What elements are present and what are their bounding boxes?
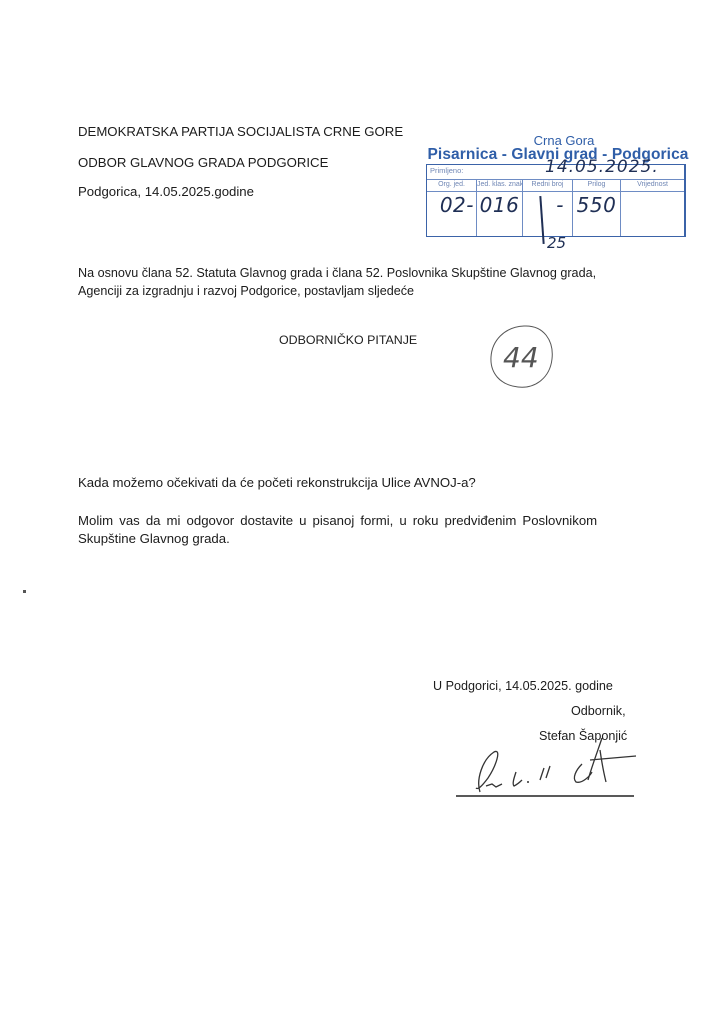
stamp-received-date: 14.05.2025. xyxy=(545,157,659,177)
signature-icon xyxy=(452,730,642,800)
stamp-col-header: Jed. klas. znak xyxy=(477,179,522,192)
committee-name: ODBOR GLAVNOG GRADA PODGORICE xyxy=(78,155,328,171)
stamp-columns: Org. jed. 02- Jed. klas. znak 016 Redni … xyxy=(427,179,684,236)
handwritten-signature xyxy=(452,730,642,800)
intro-line-1: Na osnovu člana 52. Statuta Glavnog grad… xyxy=(78,265,596,281)
stamp-col-header: Prilog xyxy=(573,179,620,192)
organization-name: DEMOKRATSKA PARTIJA SOCIJALISTA CRNE GOR… xyxy=(78,124,403,140)
stamp-table: Primljeno: 14.05.2025. Org. jed. 02- Jed… xyxy=(426,164,686,237)
stamp-col-header: Org. jed. xyxy=(427,179,476,192)
intro-line-2: Agenciji za izgradnju i razvoj Podgorice… xyxy=(78,283,414,299)
stamp-received-row: Primljeno: 14.05.2025. xyxy=(427,165,684,180)
stamp-col-value-field: Vrijednost xyxy=(621,179,684,236)
stamp-col-value: - xyxy=(523,193,572,217)
registry-stamp: Crna Gora Pisarnica - Glavni grad - Podg… xyxy=(424,134,690,244)
stamp-col-header: Redni broj xyxy=(523,179,572,192)
stamp-col-org: Org. jed. 02- xyxy=(427,179,477,236)
stamp-received-label: Primljeno: xyxy=(430,166,463,175)
question-text: Kada možemo očekivati da će početi rekon… xyxy=(78,475,476,491)
request-line-2: Skupštine Glavnog grada. xyxy=(78,531,230,547)
svg-text:44: 44 xyxy=(503,341,539,374)
stamp-col-number: Redni broj - xyxy=(523,179,573,236)
document-title: ODBORNIČKO PITANJE xyxy=(279,332,417,348)
stamp-col-value: 02- xyxy=(427,193,476,217)
document-page: DEMOKRATSKA PARTIJA SOCIJALISTA CRNE GOR… xyxy=(0,0,724,1024)
stamp-col-value: 016 xyxy=(477,193,522,217)
stamp-col-class: Jed. klas. znak 016 xyxy=(477,179,523,236)
scan-speck xyxy=(23,590,26,593)
stamp-col-value: 550 xyxy=(573,193,620,217)
signer-role: Odbornik, xyxy=(571,703,626,719)
stamp-col-attachment: Prilog 550 xyxy=(573,179,621,236)
closing-place-date: U Podgorici, 14.05.2025. godine xyxy=(433,678,613,694)
header-place-date: Podgorica, 14.05.2025.godine xyxy=(78,184,254,200)
stamp-year-suffix: 25 xyxy=(547,234,566,252)
circled-number-annotation: 44 xyxy=(486,323,556,391)
request-line-1: Molim vas da mi odgovor dostavite u pisa… xyxy=(78,513,597,529)
stamp-col-header: Vrijednost xyxy=(621,179,684,192)
circle-mark-icon: 44 xyxy=(486,323,556,391)
